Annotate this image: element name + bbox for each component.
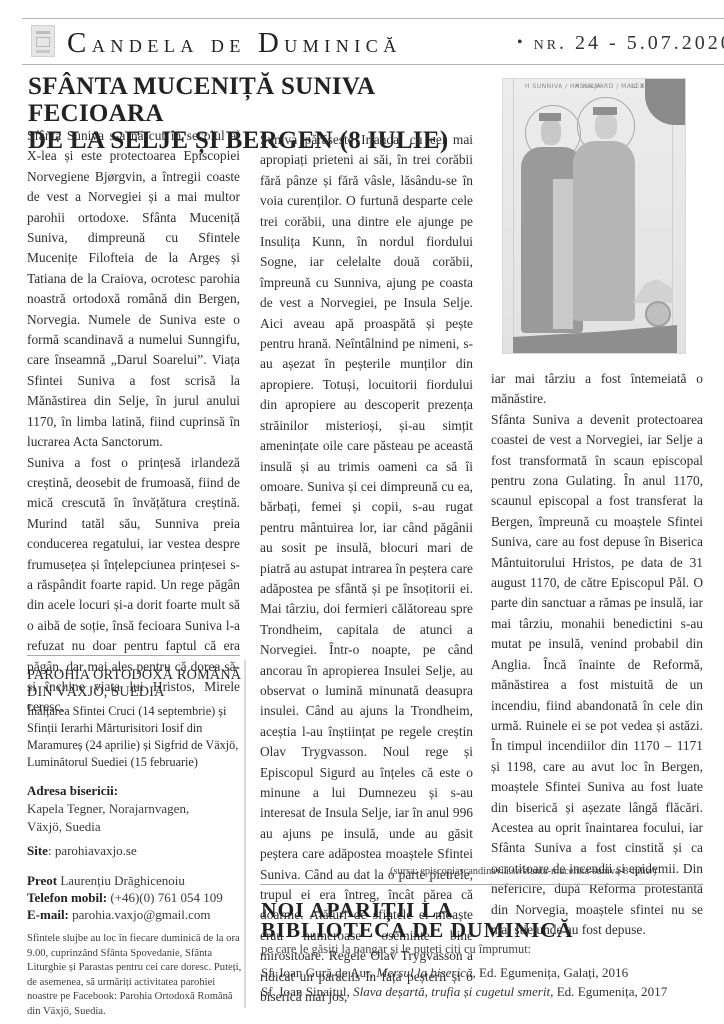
divider xyxy=(27,655,240,656)
bullet-icon: • xyxy=(517,34,526,51)
parish-info-box: PAROHIA ORTODOXĂ ROMÂNĂDIN VÄXJÖ, SUEDIA… xyxy=(24,660,246,1008)
site-field: Site: parohiavaxjo.se xyxy=(27,842,137,860)
icon-label-right: IC XC xyxy=(631,83,649,90)
article-column-1: Sfânta Suniva s-a născut în secolul al X… xyxy=(27,126,240,718)
library-title: NOI APARIȚII LABIBLIOTECA DE DUMINICĂ xyxy=(261,900,573,940)
service-note: Sfintele slujbe au loc în fiecare dumini… xyxy=(27,932,243,1019)
issue-number: •nr. 24 - 5.07.2020 xyxy=(517,32,724,55)
saints-icon-image: H SUNNIVA / HASSILJA H HALVARD / MALEX I… xyxy=(502,78,686,354)
list-item: Sf. Ioan Sinaitul, Slava deșartă, trufia… xyxy=(261,982,721,1001)
phone-field: Telefon mobil: (+46)(0) 761 054 109 xyxy=(27,889,223,907)
article-column-3: iar mai târziu a fost întemeiată o mănăs… xyxy=(491,369,703,940)
article-source: (sursa: episcopiascandinavia.se/sfanta-m… xyxy=(390,866,657,877)
parish-title: PAROHIA ORTODOXĂ ROMÂNĂDIN VÄXJÖ, SUEDIA xyxy=(27,667,241,701)
publication-title: Candela de Duminică xyxy=(67,27,402,60)
paragraph: Sfânta Suniva s-a născut în secolul al X… xyxy=(27,126,240,453)
wheel-icon xyxy=(645,301,671,327)
site-link[interactable]: : parohiavaxjo.se xyxy=(48,843,137,858)
list-item: Sf. Ioan Gură de Aur, Mersul la biserică… xyxy=(261,963,721,982)
library-list: Sf. Ioan Gură de Aur, Mersul la biserică… xyxy=(261,963,721,1001)
address-value: Kapela Tegner, Norajarnvagen,Växjö, Sued… xyxy=(27,800,227,835)
masthead: Candela de Duminică •nr. 24 - 5.07.2020 xyxy=(22,18,724,65)
divider xyxy=(260,884,703,885)
parish-emblem-icon xyxy=(31,25,55,57)
paragraph: iar mai târziu a fost întemeiată o mănăs… xyxy=(491,369,703,410)
email-link[interactable]: parohia.vaxjo@gmail.com xyxy=(69,907,211,922)
parish-patrons: Înălțarea Sfintei Cruci (14 septembrie) … xyxy=(27,703,242,771)
library-subtitle: pe care le găsiți la pangar și le puteți… xyxy=(261,942,531,957)
email-field: E-mail: parohia.vaxjo@gmail.com xyxy=(27,906,210,924)
paragraph: Sfânta Suniva a devenit protectoarea coa… xyxy=(491,410,703,941)
priest-field: Preot Laurențiu Drăghicenoiu xyxy=(27,872,185,890)
address-label: Adresa bisericii: xyxy=(27,782,118,800)
